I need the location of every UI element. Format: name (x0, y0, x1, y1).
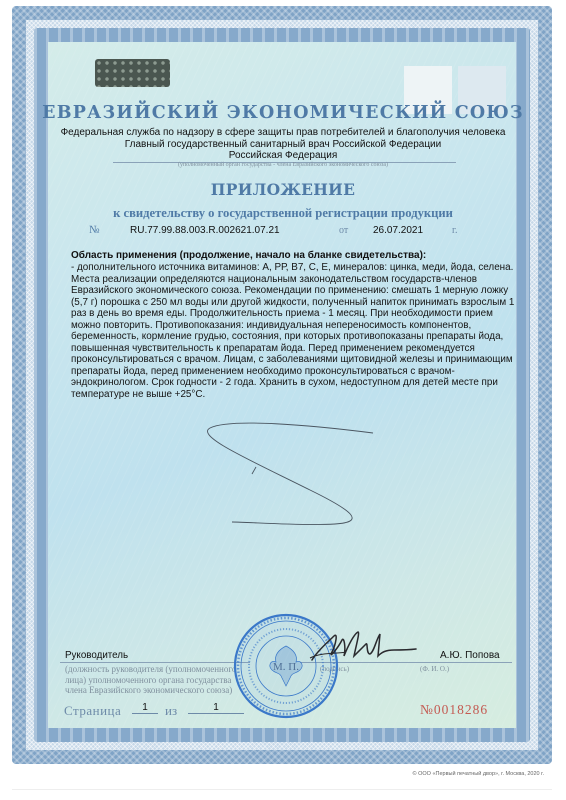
registration-year-suffix: г. (452, 225, 457, 236)
hologram-security-strip (95, 59, 170, 87)
svg-text:М. П.: М. П. (273, 661, 299, 673)
scope-line: беременность, кормление грудью, состояни… (71, 331, 511, 343)
scope-line: препараты йода, перед применением необхо… (71, 366, 511, 378)
union-title: ЕВРАЗИЙСКИЙ ЭКОНОМИЧЕСКИЙ СОЮЗ (0, 103, 566, 123)
registration-date: 26.07.2021 (373, 225, 423, 236)
annex-title: ПРИЛОЖЕНИЕ (0, 180, 566, 199)
signatory-position: Руководитель (65, 650, 128, 661)
scan-edge-line (12, 789, 552, 790)
printer-note: © ООО «Первый печатный двор», г. Москва,… (413, 771, 544, 777)
signatory-name: А.Ю. Попова (440, 650, 500, 661)
agency-line-2: Главный государственный санитарный врач … (0, 139, 566, 151)
name-caption: (Ф. И. О.) (420, 665, 449, 673)
agency-line-1: Федеральная служба по надзору в сфере за… (0, 127, 566, 139)
handwritten-signature (308, 622, 418, 672)
void-strike-line (190, 410, 390, 530)
scope-line: - дополнительного источника витаминов: А… (71, 262, 511, 274)
agency-line-3: Российская Федерация (0, 150, 566, 162)
scope-line: повышенная чувствительность к препаратам… (71, 343, 511, 355)
scope-line: проконсультироваться с врачом. Лицам, с … (71, 354, 511, 366)
page-label: Страница (64, 703, 121, 719)
scope-line: Евразийского экономического союза. Реком… (71, 285, 511, 297)
scope-line: можно повторить. Противопоказания: индив… (71, 320, 511, 332)
page-of-label: из (165, 703, 177, 719)
registration-from-label: от (339, 225, 348, 236)
scope-line: эндокринологом. Срок годности - 2 года. … (71, 377, 511, 389)
scope-heading: Область применения (продолжение, начало … (71, 250, 426, 261)
registration-number-label: № (89, 224, 100, 236)
page-current: 1 (132, 702, 158, 714)
scope-line: Места реализации определяются национальн… (71, 274, 511, 286)
scope-body: - дополнительного источника витаминов: А… (71, 262, 511, 400)
position-caption: (должность руководителя (уполномоченного… (65, 664, 255, 696)
position-rule (60, 662, 250, 663)
annex-subtitle: к свидетельству о государственной регист… (0, 206, 566, 221)
agency-caption: (уполномоченный орган государства - член… (0, 162, 566, 168)
scope-line: раз в день во время еды. Продолжительнос… (71, 308, 511, 320)
blank-serial-number: №0018286 (420, 702, 488, 718)
scope-line: (5,7 г) порошка с 250 мл воды или другой… (71, 297, 511, 309)
registration-number: RU.77.99.88.003.R.002621.07.21 (130, 225, 280, 236)
scope-line: температуре не выше +25°С. (71, 389, 511, 401)
page-total: 1 (188, 702, 244, 714)
